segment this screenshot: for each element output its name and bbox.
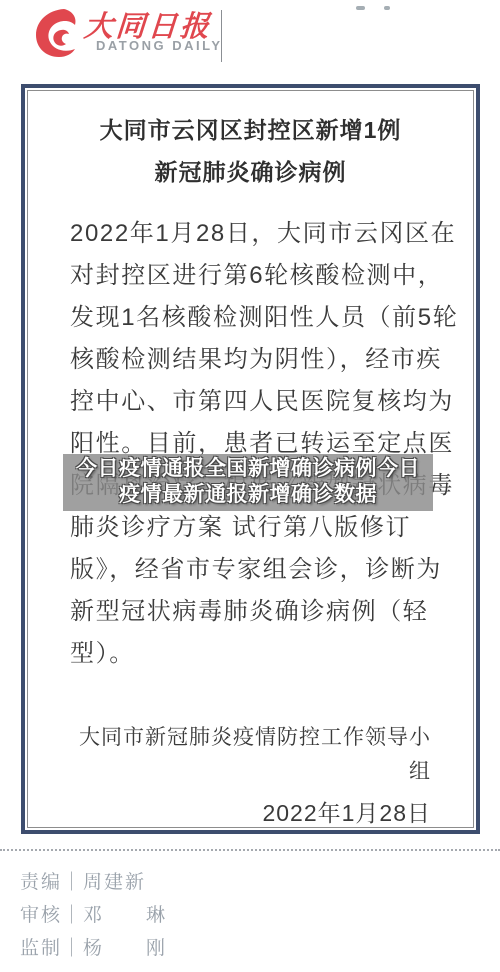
body-line: 肺炎诊疗方案 试行第八版修订 <box>70 507 431 549</box>
body-line: 版》，经省市专家组会诊，诊断为 <box>70 549 431 591</box>
header: 大同日报 DATONG DAILY <box>0 0 500 72</box>
watermark-line1: 今日疫情通报全国新增确诊病例今日 <box>63 456 433 482</box>
body-line: 型）。 <box>70 633 431 675</box>
notice-body: 2022年1月28日，大同市云冈区在 对封控区进行第6轮核酸检测中， 发现1名核… <box>70 213 431 675</box>
notice-title-line1: 大同市云冈区封控区新增1例 <box>70 109 431 151</box>
logo-english-title: DATONG DAILY <box>96 38 223 53</box>
notice-signature: 大同市新冠肺炎疫情防控工作领导小组 <box>70 721 431 789</box>
body-line: 对封控区进行第6轮核酸检测中， <box>70 255 431 297</box>
faint-status-mark-icon <box>384 6 390 10</box>
watermark-overlay: 今日疫情通报全国新增确诊病例今日 疫情最新通报新增确诊数据 <box>63 454 433 511</box>
faint-status-mark-icon <box>356 6 365 10</box>
body-line: 控中心、市第四人民医院复核均为 <box>70 381 431 423</box>
body-line: 2022年1月28日，大同市云冈区在 <box>70 213 431 255</box>
notice-title-line2: 新冠肺炎确诊病例 <box>70 151 431 193</box>
credit-supervisor: 监制｜杨 刚 <box>20 932 167 965</box>
credit-editor: 责编｜周建新 <box>20 866 167 899</box>
credit-reviewer: 审核｜邓 琳 <box>20 899 167 932</box>
header-divider <box>221 10 222 62</box>
body-line: 发现1名核酸检测阳性人员（前5轮 <box>70 297 431 339</box>
watermark-line2: 疫情最新通报新增确诊数据 <box>63 482 433 508</box>
notice-date: 2022年1月28日 <box>70 795 431 828</box>
body-line: 核酸检测结果均为阴性），经市疾 <box>70 339 431 381</box>
body-line: 新型冠状病毒肺炎确诊病例（轻 <box>70 591 431 633</box>
datong-daily-logo-icon <box>34 8 80 58</box>
credits-block: 责编｜周建新 审核｜邓 琳 监制｜杨 刚 <box>20 866 167 965</box>
dotted-separator <box>0 849 500 851</box>
